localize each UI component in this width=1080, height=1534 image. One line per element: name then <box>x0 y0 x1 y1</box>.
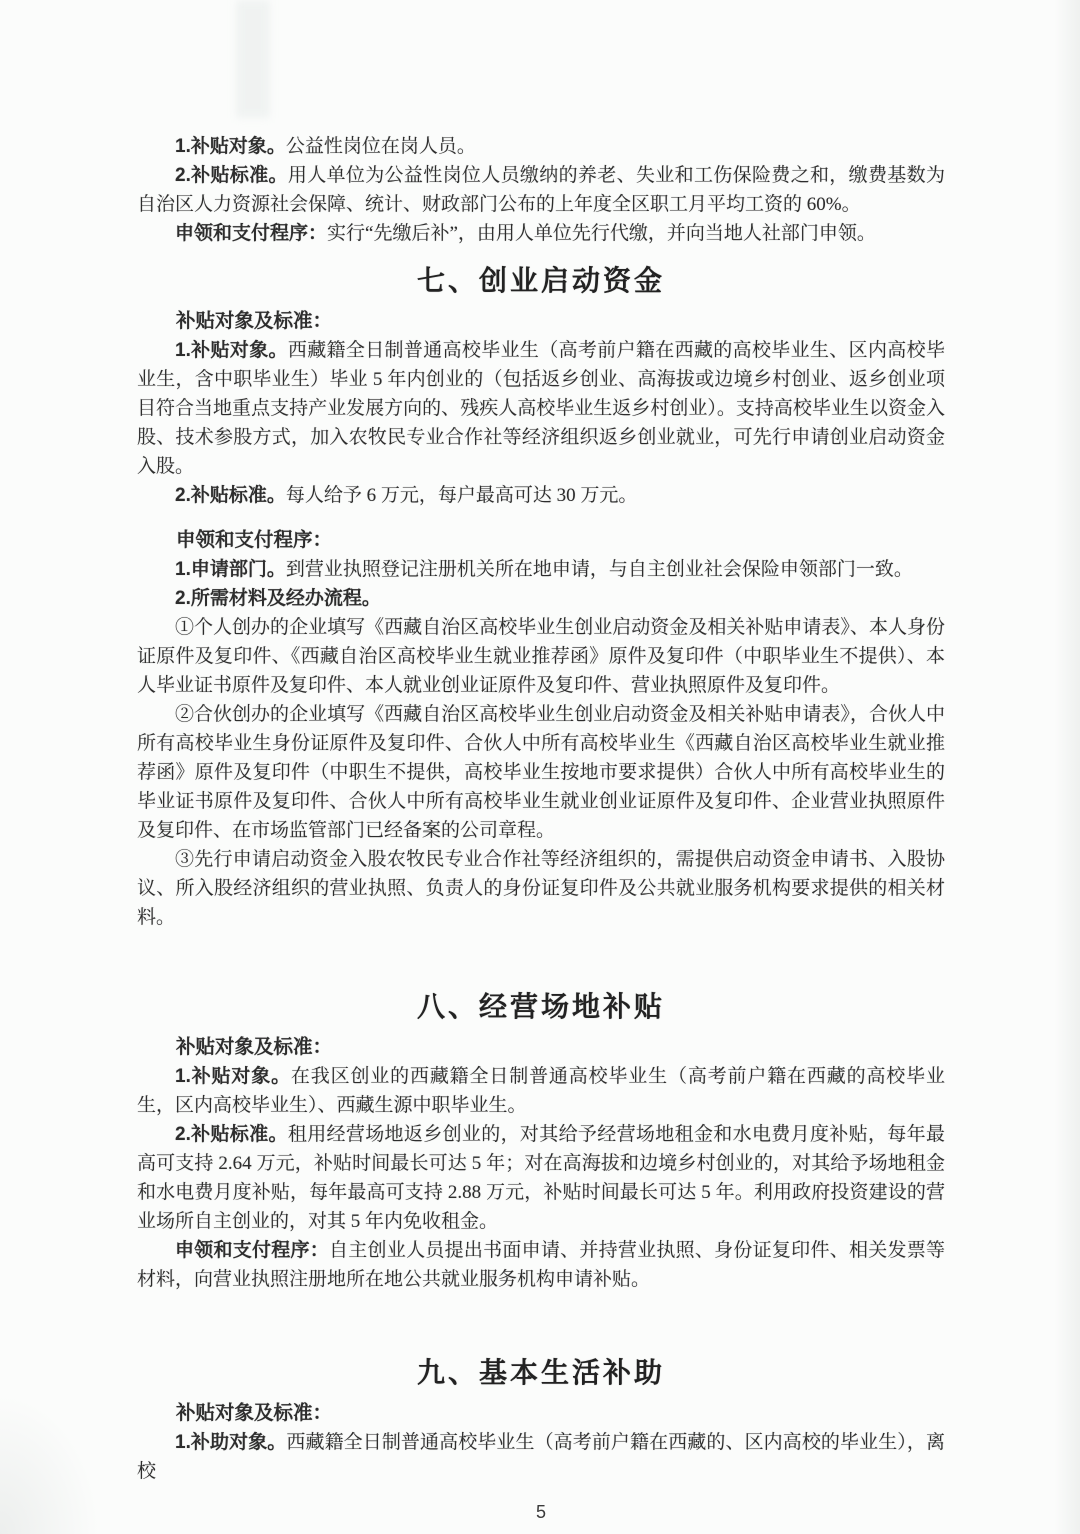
document-content: 1.补贴对象。公益性岗位在岗人员。 2.补贴标准。用人单位为公益性岗位人员缴纳的… <box>137 132 945 1523</box>
para-8-target: 1.补贴对象。在我区创业的西藏籍全日制普通高校毕业生（高考前户籍在西藏的高校毕业… <box>137 1062 945 1120</box>
para-7-standard: 2.补贴标准。每人给予 6 万元，每户最高可达 30 万元。 <box>137 481 945 510</box>
para-lead: 2.补贴标准。 <box>175 485 286 506</box>
scan-artifact-right-edge <box>1054 0 1080 1534</box>
section-7-procedure-label: 申领和支付程序： <box>137 526 945 555</box>
para-lead: 申领和支付程序： <box>175 1240 329 1261</box>
para-7-materials-item-1: ①个人创办的企业填写《西藏自治区高校毕业生创业启动资金及相关补贴申请表》、本人身… <box>137 613 945 700</box>
para-7-target: 1.补贴对象。西藏籍全日制普通高校毕业生（高考前户籍在西藏的高校毕业生、区内高校… <box>137 336 945 481</box>
section-8-heading: 八、经营场地补贴 <box>137 988 945 1026</box>
para-7-apply-department: 1.申请部门。到营业执照登记注册机关所在地申请，与自主创业社会保险申领部门一致。 <box>137 555 945 584</box>
para-lead: 2.所需材料及经办流程。 <box>175 588 381 609</box>
para-text: ②合伙创办的企业填写《西藏自治区高校毕业生创业启动资金及相关补贴申请表》，合伙人… <box>137 704 945 841</box>
para-lead: 1.补助对象。 <box>175 1432 286 1453</box>
para-lead: 1.补贴对象。 <box>175 136 286 157</box>
para-lead: 1.补贴对象。 <box>175 340 288 361</box>
para-lead: 申领和支付程序： <box>175 223 327 244</box>
page-footer: 5 <box>137 1502 945 1523</box>
section-8-target-standard-label: 补贴对象及标准： <box>137 1033 945 1062</box>
document-page: 1.补贴对象。公益性岗位在岗人员。 2.补贴标准。用人单位为公益性岗位人员缴纳的… <box>0 0 1080 1534</box>
para-public-welfare-standard: 2.补贴标准。用人单位为公益性岗位人员缴纳的养老、失业和工伤保险费之和，缴费基数… <box>137 161 945 219</box>
para-9-target: 1.补助对象。西藏籍全日制普通高校毕业生（高考前户籍在西藏的、区内高校的毕业生）… <box>137 1428 945 1486</box>
para-lead: 2.补贴标准。 <box>175 1124 288 1145</box>
para-text: 实行“先缴后补”，由用人单位先行代缴，并向当地人社部门申领。 <box>327 223 876 244</box>
para-text: 公益性岗位在岗人员。 <box>286 136 476 157</box>
para-text: ①个人创办的企业填写《西藏自治区高校毕业生创业启动资金及相关补贴申请表》、本人身… <box>137 617 945 696</box>
para-lead: 1.补贴对象。 <box>175 1066 291 1087</box>
scan-artifact-bottom-left <box>0 1394 100 1534</box>
para-lead: 2.补贴标准。 <box>175 165 288 186</box>
para-7-materials-item-2: ②合伙创办的企业填写《西藏自治区高校毕业生创业启动资金及相关补贴申请表》，合伙人… <box>137 700 945 845</box>
para-public-welfare-procedure: 申领和支付程序：实行“先缴后补”，由用人单位先行代缴，并向当地人社部门申领。 <box>137 219 945 248</box>
section-9-target-standard-label: 补贴对象及标准： <box>137 1399 945 1428</box>
section-7-heading: 七、创业启动资金 <box>137 262 945 300</box>
para-public-welfare-target: 1.补贴对象。公益性岗位在岗人员。 <box>137 132 945 161</box>
para-text: 到营业执照登记注册机关所在地申请，与自主创业社会保险申领部门一致。 <box>286 559 913 580</box>
para-7-materials-heading: 2.所需材料及经办流程。 <box>137 584 945 613</box>
para-text: 每人给予 6 万元，每户最高可达 30 万元。 <box>286 485 638 506</box>
para-8-procedure: 申领和支付程序：自主创业人员提出书面申请、并持营业执照、身份证复印件、相关发票等… <box>137 1236 945 1294</box>
section-9-heading: 九、基本生活补助 <box>137 1354 945 1392</box>
section-7-target-standard-label: 补贴对象及标准： <box>137 307 945 336</box>
para-7-materials-item-3: ③先行申请启动资金入股农牧民专业合作社等经济组织的，需提供启动资金申请书、入股协… <box>137 845 945 932</box>
para-lead: 1.申请部门。 <box>175 559 286 580</box>
para-8-standard: 2.补贴标准。租用经营场地返乡创业的，对其给予经营场地租金和水电费月度补贴，每年… <box>137 1120 945 1236</box>
page-number: 5 <box>536 1502 546 1522</box>
para-text: ③先行申请启动资金入股农牧民专业合作社等经济组织的，需提供启动资金申请书、入股协… <box>137 849 945 928</box>
scan-artifact-streak <box>236 0 270 118</box>
